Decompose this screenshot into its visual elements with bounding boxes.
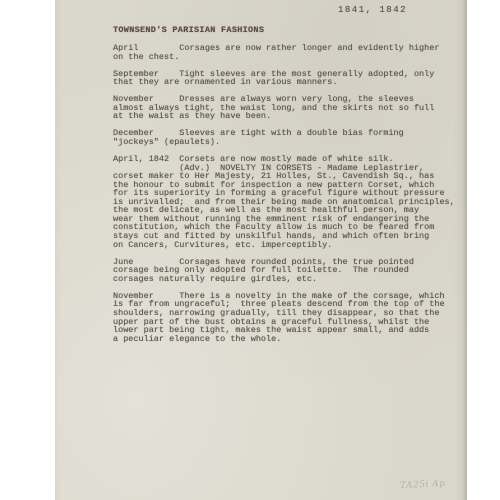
typed-entry: June Corsages have rounded points, the t… (113, 258, 473, 284)
typed-entry: April, 1842 Corsets are now mostly made … (113, 155, 473, 249)
pencil-annotation: TA25i Ap (400, 479, 446, 491)
typed-line: a peculiar elegance to the whole. (113, 335, 473, 344)
typed-line: "jockeys" (epaulets). (113, 138, 473, 147)
typed-line: on the chest. (113, 53, 473, 62)
typed-line: corsages naturally require girdles, etc. (113, 275, 473, 284)
typed-entry: November Dresses are always worn very lo… (113, 95, 473, 121)
typed-entry: September Tight sleeves are the most gen… (113, 70, 473, 87)
page-title: TOWNSEND'S PARISIAN FASHIONS (113, 25, 264, 35)
typed-entry: December Sleeves are tight with a double… (113, 129, 473, 146)
year-header: 1841, 1842 (338, 5, 407, 15)
typed-entries: April Corsages are now rather longer and… (113, 44, 473, 352)
typed-line: that they are ornamented in various mann… (113, 78, 473, 87)
typed-entry: April Corsages are now rather longer and… (113, 44, 473, 61)
typed-line: at the waist as they have been. (113, 112, 473, 121)
typed-entry: November There is a novelty in the make … (113, 292, 473, 343)
typed-line: on Cancers, Curvitures, etc. imperceptib… (113, 241, 473, 250)
scanned-typewritten-page: 1841, 1842 TOWNSEND'S PARISIAN FASHIONS … (55, 0, 467, 500)
